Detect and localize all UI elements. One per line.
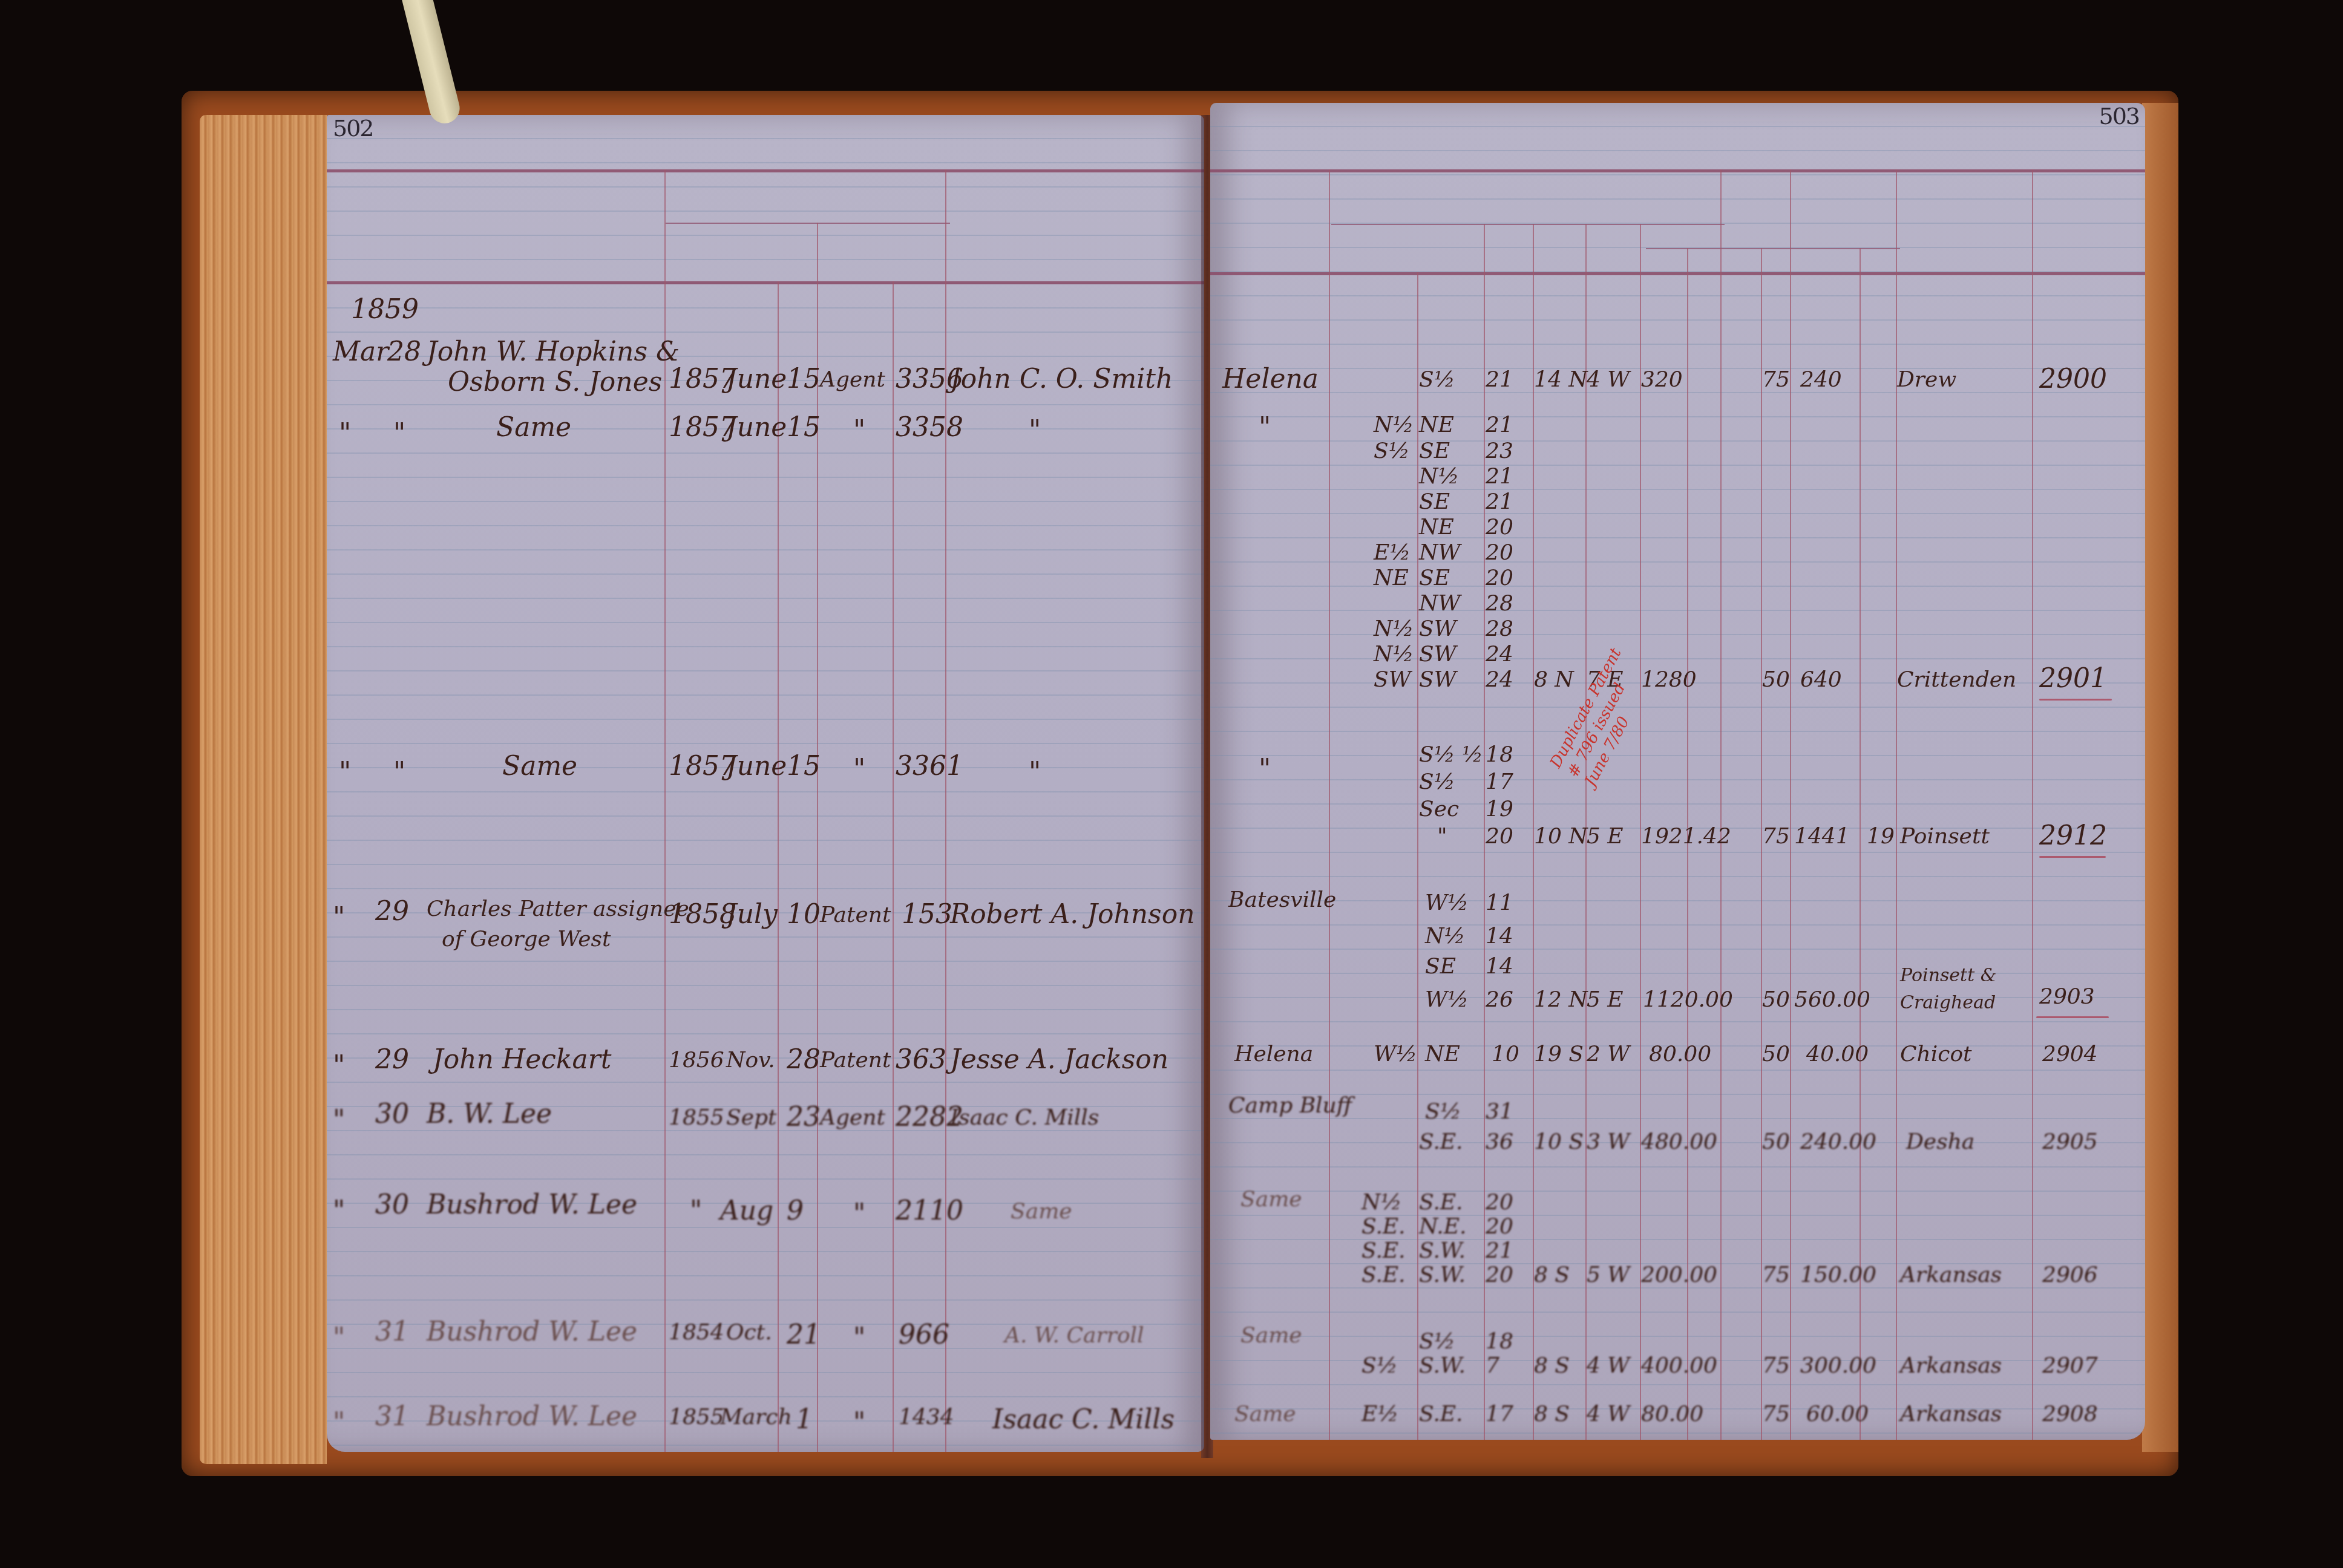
entry-month: " bbox=[333, 1107, 345, 1134]
part: S½ bbox=[1374, 440, 1410, 462]
price: 75 bbox=[1762, 1355, 1790, 1377]
ledger-page-left: 502 1859 Mar 28 John W. Hopkins & Osborn… bbox=[327, 115, 1204, 1452]
ruled-lines bbox=[327, 115, 1204, 1452]
entry-day-issued: 10 bbox=[787, 901, 821, 928]
section: 14 bbox=[1486, 926, 1513, 947]
section: 21 bbox=[1486, 466, 1513, 488]
acres: 80.00 bbox=[1649, 1044, 1711, 1065]
entry-day-issued: 15 bbox=[787, 414, 821, 441]
quarter: S.W. bbox=[1419, 1240, 1466, 1262]
column-rule bbox=[778, 281, 779, 1452]
price: 50 bbox=[1762, 669, 1790, 691]
ledger-page-right: 503 Helena S½ 21 14 N 4 W 320 75 240 Dre… bbox=[1210, 103, 2145, 1440]
entry-year: 1856 bbox=[669, 1050, 724, 1071]
land-office: Helena bbox=[1234, 1044, 1313, 1065]
land-office: Camp Bluff bbox=[1228, 1095, 1352, 1117]
part: N½ bbox=[1374, 644, 1414, 665]
township: 10 N bbox=[1534, 826, 1588, 848]
section: 28 bbox=[1486, 618, 1513, 640]
county: Drew bbox=[1897, 369, 1956, 391]
entry-patentee: " bbox=[1029, 759, 1041, 786]
entry-day: " bbox=[393, 420, 405, 447]
certificate-number: 2905 bbox=[2042, 1131, 2098, 1153]
township: 8 S bbox=[1534, 1264, 1570, 1286]
entry-month: " bbox=[339, 759, 351, 786]
entry-year: 1855 bbox=[669, 1107, 724, 1129]
column-rule bbox=[2032, 169, 2033, 1440]
section: 24 bbox=[1486, 644, 1513, 665]
amount-cents: 19 bbox=[1867, 826, 1895, 848]
certificate-underline bbox=[2039, 856, 2106, 858]
entry-name: B. W. Lee bbox=[427, 1101, 552, 1128]
section: 11 bbox=[1486, 892, 1513, 914]
county: Crittenden bbox=[1897, 669, 2016, 691]
entry-name: John W. Hopkins & bbox=[427, 339, 680, 365]
section: 21 bbox=[1486, 414, 1513, 436]
part: SW bbox=[1374, 669, 1411, 691]
entry-kind: Agent bbox=[820, 369, 885, 391]
section: 23 bbox=[1486, 440, 1513, 462]
part: N½ bbox=[1362, 1192, 1401, 1214]
entry-name-line2: Osborn S. Jones bbox=[448, 369, 662, 396]
entry-patentee: John C. O. Smith bbox=[950, 366, 1173, 393]
quarter: S.E. bbox=[1419, 1192, 1463, 1214]
land-office: Same bbox=[1240, 1189, 1302, 1210]
township: 14 N bbox=[1534, 369, 1588, 391]
quarter: S.E. bbox=[1419, 1131, 1463, 1153]
column-rule bbox=[1896, 169, 1897, 1440]
quarter: " bbox=[1437, 826, 1447, 848]
township: 19 S bbox=[1534, 1044, 1584, 1065]
entry-month-issued: Sept bbox=[726, 1107, 776, 1129]
part: S.E. bbox=[1362, 1216, 1406, 1238]
entry-year: " bbox=[690, 1198, 702, 1224]
township: 10 S bbox=[1534, 1131, 1584, 1153]
county: Chicot bbox=[1900, 1044, 1972, 1065]
entry-kind: Patent bbox=[820, 1050, 891, 1071]
section: 31 bbox=[1486, 1101, 1513, 1123]
entry-month: " bbox=[333, 1325, 345, 1351]
entry-day-issued: 28 bbox=[787, 1047, 821, 1073]
amount: 640 bbox=[1800, 669, 1842, 691]
amount: 60.00 bbox=[1806, 1403, 1869, 1425]
acres: 480.00 bbox=[1641, 1131, 1717, 1153]
entry-patentee: " bbox=[1029, 417, 1041, 444]
certificate-number: 2900 bbox=[2039, 366, 2107, 393]
county: Arkansas bbox=[1900, 1264, 2002, 1286]
entry-month-issued: June bbox=[726, 414, 787, 441]
section: 10 bbox=[1492, 1044, 1519, 1065]
quarter: S½ ½ bbox=[1419, 744, 1483, 766]
entry-month-issued: Oct. bbox=[726, 1322, 772, 1344]
land-office: Same bbox=[1234, 1403, 1296, 1425]
entry-month-issued: Nov. bbox=[726, 1050, 775, 1071]
header-rule-top bbox=[327, 169, 1204, 172]
part: S.E. bbox=[1362, 1264, 1406, 1286]
township: 12 N bbox=[1534, 989, 1588, 1011]
ruled-lines bbox=[1210, 103, 2145, 1440]
entry-patentee: Same bbox=[1011, 1201, 1072, 1223]
certificate-number: 2903 bbox=[2039, 986, 2095, 1008]
amount: 240.00 bbox=[1800, 1131, 1876, 1153]
column-rule bbox=[945, 169, 946, 1452]
header-subrule bbox=[1646, 248, 1900, 249]
land-office: " bbox=[1259, 414, 1271, 441]
column-rule bbox=[1790, 169, 1791, 1440]
amount: 150.00 bbox=[1800, 1264, 1876, 1286]
entry-day-issued: 21 bbox=[787, 1322, 821, 1348]
part: S.E. bbox=[1362, 1240, 1406, 1262]
part: E½ bbox=[1374, 542, 1411, 564]
entry-day-issued: 15 bbox=[787, 753, 821, 780]
quarter: NW bbox=[1419, 542, 1461, 564]
quarter: S½ bbox=[1419, 1331, 1455, 1353]
entry-patentee: Isaac C. Mills bbox=[950, 1107, 1099, 1129]
section: 36 bbox=[1486, 1131, 1513, 1153]
price: 50 bbox=[1762, 1131, 1790, 1153]
column-rule bbox=[1860, 248, 1861, 1440]
acres: 80.00 bbox=[1641, 1403, 1703, 1425]
column-rule bbox=[1329, 169, 1330, 1440]
entry-month: " bbox=[333, 904, 345, 931]
entry-name: Bushrod W. Lee bbox=[427, 1319, 637, 1345]
entry-month-issued: July bbox=[726, 901, 778, 928]
column-rule bbox=[1720, 169, 1722, 1440]
entry-number: 3358 bbox=[896, 414, 963, 441]
county: Desha bbox=[1906, 1131, 1974, 1153]
land-office: " bbox=[1259, 756, 1271, 783]
section: 28 bbox=[1486, 593, 1513, 615]
section: 14 bbox=[1486, 956, 1513, 978]
column-rule bbox=[817, 223, 818, 1452]
quarter: Sec bbox=[1419, 799, 1459, 820]
entry-number: 1434 bbox=[899, 1406, 954, 1428]
column-rule bbox=[1417, 272, 1418, 1440]
quarter: S.W. bbox=[1419, 1264, 1466, 1286]
section: 19 bbox=[1486, 799, 1513, 820]
price: 50 bbox=[1762, 1044, 1790, 1065]
range: 5 E bbox=[1587, 989, 1624, 1011]
entry-month: " bbox=[333, 1053, 345, 1079]
part: E½ bbox=[1362, 1403, 1398, 1425]
entry-day: 29 bbox=[375, 898, 409, 925]
price: 75 bbox=[1762, 1403, 1790, 1425]
section: 24 bbox=[1486, 669, 1513, 691]
entry-day: 29 bbox=[375, 1047, 409, 1073]
entry-year: 1854 bbox=[669, 1322, 724, 1344]
acres: 200.00 bbox=[1641, 1264, 1717, 1286]
amount: 560.00 bbox=[1794, 989, 1870, 1011]
section: 20 bbox=[1486, 1264, 1513, 1286]
entry-day: 30 bbox=[375, 1101, 409, 1128]
entry-day: " bbox=[393, 759, 405, 786]
entry-kind: " bbox=[853, 1410, 865, 1436]
entry-name: Same bbox=[502, 753, 577, 780]
section: 26 bbox=[1486, 989, 1513, 1011]
entry-name: Bushrod W. Lee bbox=[427, 1403, 637, 1430]
amount: 300.00 bbox=[1800, 1355, 1876, 1377]
certificate-number: 2906 bbox=[2042, 1264, 2098, 1286]
entry-month: " bbox=[333, 1198, 345, 1224]
price: 50 bbox=[1762, 989, 1790, 1011]
entry-kind: Agent bbox=[820, 1107, 885, 1129]
entry-kind: " bbox=[853, 756, 865, 783]
page-number-left: 502 bbox=[333, 115, 373, 142]
header-subrule bbox=[1331, 224, 1725, 225]
quarter: SE bbox=[1419, 440, 1450, 462]
price: 75 bbox=[1762, 826, 1790, 848]
entry-number: 3361 bbox=[896, 753, 963, 780]
page-edges-left bbox=[200, 115, 327, 1464]
quarter: W½ bbox=[1425, 989, 1469, 1011]
amount: 240 bbox=[1800, 369, 1842, 391]
quarter: NE bbox=[1419, 414, 1454, 436]
entry-kind: " bbox=[853, 1325, 865, 1351]
county: Poinsett & Craighead bbox=[1900, 962, 2021, 1016]
part: W½ bbox=[1374, 1044, 1417, 1065]
entry-patentee: Isaac C. Mills bbox=[992, 1406, 1175, 1433]
entry-day: 28 bbox=[387, 339, 421, 365]
entry-month-issued: March bbox=[720, 1406, 792, 1428]
range: 4 W bbox=[1587, 1403, 1630, 1425]
township: 8 S bbox=[1534, 1355, 1570, 1377]
entry-number: 966 bbox=[899, 1322, 949, 1348]
entry-number: 153 bbox=[902, 901, 952, 928]
section: 20 bbox=[1486, 1192, 1513, 1214]
part: N½ bbox=[1374, 414, 1414, 436]
entry-day: 31 bbox=[375, 1319, 409, 1345]
quarter: NE bbox=[1425, 1044, 1460, 1065]
section: 18 bbox=[1486, 1331, 1513, 1353]
entry-name: Same bbox=[496, 414, 571, 441]
quarter: S½ bbox=[1419, 771, 1455, 793]
section: 7 bbox=[1486, 1355, 1499, 1377]
quarter: NE bbox=[1419, 517, 1454, 538]
section: 20 bbox=[1486, 567, 1513, 589]
entry-number: 2110 bbox=[896, 1198, 963, 1224]
acres: 1921.42 bbox=[1641, 826, 1731, 848]
part: N½ bbox=[1374, 618, 1414, 640]
entry-name: John Heckart bbox=[433, 1047, 611, 1073]
section: 20 bbox=[1486, 542, 1513, 564]
quarter: SE bbox=[1425, 956, 1456, 978]
price: 75 bbox=[1762, 369, 1790, 391]
entry-day-issued: 1 bbox=[796, 1406, 813, 1433]
quarter: SE bbox=[1419, 567, 1450, 589]
township: 8 N bbox=[1534, 669, 1574, 691]
part: S½ bbox=[1362, 1355, 1398, 1377]
entry-year: 1855 bbox=[669, 1406, 724, 1428]
quarter: SE bbox=[1419, 491, 1450, 513]
entry-patentee: Robert A. Johnson bbox=[950, 901, 1195, 928]
page-edges-right bbox=[2142, 103, 2178, 1452]
certificate-number: 2908 bbox=[2042, 1403, 2098, 1425]
entry-month-issued: June bbox=[726, 753, 787, 780]
entry-name: Charles Patter assignee bbox=[427, 898, 689, 920]
header-subrule bbox=[666, 223, 950, 224]
section: 21 bbox=[1486, 491, 1513, 513]
section: 18 bbox=[1486, 744, 1513, 766]
entry-patentee: Jesse A. Jackson bbox=[950, 1047, 1168, 1073]
header-rule-bottom bbox=[327, 281, 1204, 284]
header-rule-top bbox=[1210, 169, 2145, 172]
certificate-number: 2912 bbox=[2039, 823, 2107, 849]
section: 17 bbox=[1486, 771, 1513, 793]
acres: 400.00 bbox=[1641, 1355, 1717, 1377]
quarter: SW bbox=[1419, 644, 1457, 665]
section: 20 bbox=[1486, 826, 1513, 848]
township: 8 S bbox=[1534, 1403, 1570, 1425]
quarter: N.E. bbox=[1419, 1216, 1466, 1238]
quarter: SW bbox=[1419, 669, 1457, 691]
quarter: W½ bbox=[1425, 892, 1469, 914]
entry-month: Mar bbox=[333, 339, 388, 365]
column-rule bbox=[1484, 224, 1485, 1440]
section: 20 bbox=[1486, 517, 1513, 538]
certificate-number: 2904 bbox=[2042, 1044, 2098, 1065]
entry-name-line2: of George West bbox=[442, 929, 611, 950]
header-rule-bottom bbox=[1210, 272, 2145, 275]
amount: 40.00 bbox=[1806, 1044, 1869, 1065]
certificate-underline bbox=[2039, 699, 2112, 701]
entry-day: 30 bbox=[375, 1192, 409, 1218]
range: 2 W bbox=[1587, 1044, 1630, 1065]
section: 20 bbox=[1486, 1216, 1513, 1238]
quarter: S½ bbox=[1425, 1101, 1461, 1123]
quarter: S½ bbox=[1419, 369, 1455, 391]
entry-day-issued: 23 bbox=[787, 1104, 821, 1131]
price: 75 bbox=[1762, 1264, 1790, 1286]
page-number-right: 503 bbox=[2099, 103, 2139, 129]
land-office: Batesville bbox=[1228, 889, 1336, 911]
part: NE bbox=[1374, 567, 1409, 589]
year-heading: 1859 bbox=[351, 296, 419, 323]
entry-name: Bushrod W. Lee bbox=[427, 1192, 637, 1218]
acres: 1120.00 bbox=[1643, 989, 1733, 1011]
range: 5 W bbox=[1587, 1264, 1630, 1286]
entry-kind: Patent bbox=[820, 904, 891, 926]
amount: 1441 bbox=[1794, 826, 1850, 848]
acres: 320 bbox=[1641, 369, 1683, 391]
entry-month: " bbox=[333, 1410, 345, 1436]
quarter: SW bbox=[1419, 618, 1457, 640]
range: 4 W bbox=[1587, 369, 1630, 391]
land-office: Helena bbox=[1222, 366, 1319, 393]
range: 3 W bbox=[1587, 1131, 1630, 1153]
entry-kind: " bbox=[853, 1201, 865, 1227]
certificate-underline bbox=[2036, 1016, 2109, 1018]
column-rule bbox=[893, 281, 894, 1452]
range: 4 W bbox=[1587, 1355, 1630, 1377]
section: 21 bbox=[1486, 369, 1513, 391]
entry-patentee: A. W. Carroll bbox=[1004, 1325, 1144, 1347]
county: Arkansas bbox=[1900, 1355, 2002, 1377]
entry-number: 363 bbox=[896, 1047, 946, 1073]
entry-month-issued: Aug bbox=[720, 1198, 773, 1224]
county: Poinsett bbox=[1900, 826, 1990, 848]
land-office: Same bbox=[1240, 1325, 1302, 1347]
entry-month-issued: June bbox=[726, 366, 787, 393]
entry-day-issued: 15 bbox=[787, 366, 821, 393]
certificate-number: 2901 bbox=[2039, 665, 2107, 692]
entry-month: " bbox=[339, 420, 351, 447]
section: 21 bbox=[1486, 1240, 1513, 1262]
quarter: S.W. bbox=[1419, 1355, 1466, 1377]
quarter: NW bbox=[1419, 593, 1461, 615]
county: Arkansas bbox=[1900, 1403, 2002, 1425]
quarter: N½ bbox=[1419, 466, 1459, 488]
range: 5 E bbox=[1587, 826, 1624, 848]
quarter: S.E. bbox=[1419, 1403, 1463, 1425]
certificate-number: 2907 bbox=[2042, 1355, 2098, 1377]
entry-day-issued: 9 bbox=[787, 1198, 804, 1224]
entry-kind: " bbox=[853, 417, 865, 444]
quarter: N½ bbox=[1425, 926, 1465, 947]
entry-day: 31 bbox=[375, 1403, 409, 1430]
section: 17 bbox=[1486, 1403, 1513, 1425]
